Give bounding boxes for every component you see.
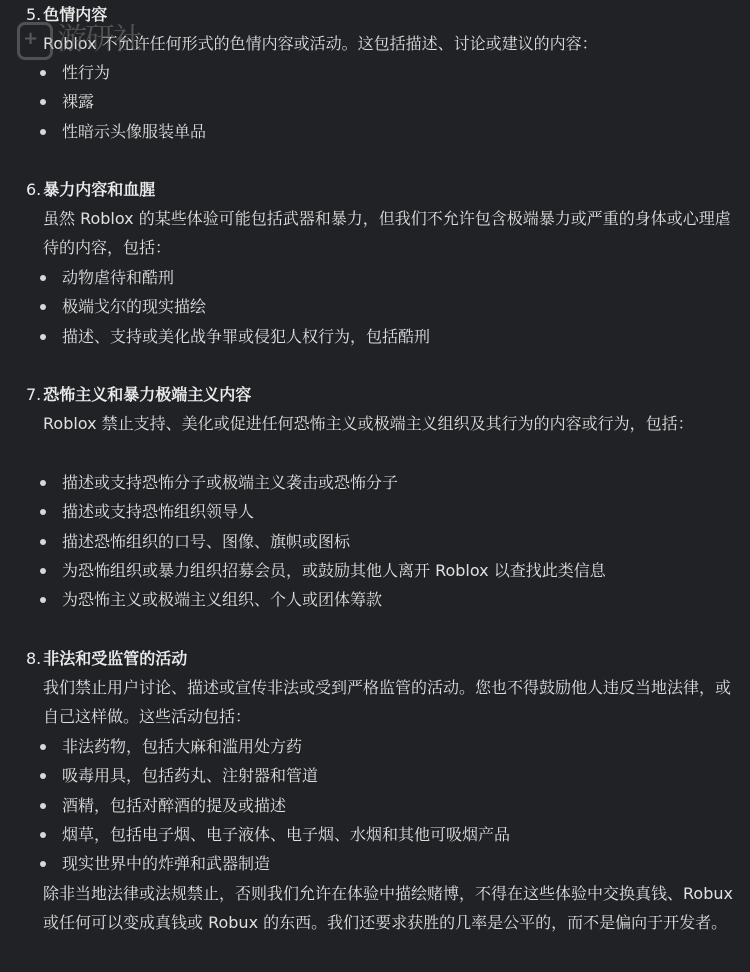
bullet-icon <box>40 861 46 867</box>
section-title: 恐怖主义和暴力极端主义内容 <box>43 385 251 404</box>
list-item: 描述或支持恐怖组织领导人 <box>43 497 606 526</box>
bullet-icon <box>40 129 46 135</box>
bullet-icon <box>40 597 46 603</box>
section-heading: 5.色情内容 <box>26 0 107 29</box>
bullet-icon <box>40 744 46 750</box>
section-title: 非法和受监管的活动 <box>43 649 187 668</box>
bullet-icon <box>40 568 46 574</box>
list-item: 现实世界中的炸弹和武器制造 <box>43 849 510 878</box>
section-number: 8. <box>26 649 41 668</box>
bullet-list: 动物虐待和酷刑 极端戈尔的现实描绘 描述、支持或美化战争罪或侵犯人权行为，包括酷… <box>43 263 430 351</box>
bullet-icon <box>40 70 46 76</box>
list-item: 描述恐怖组织的口号、图像、旗帜或图标 <box>43 527 606 556</box>
bullet-icon <box>40 832 46 838</box>
section-paragraph: Roblox 禁止支持、美化或促进任何恐怖主义或极端主义组织及其行为的内容或行为… <box>43 409 733 438</box>
bullet-icon <box>40 803 46 809</box>
list-item: 酒精，包括对醉酒的提及或描述 <box>43 791 510 820</box>
section-number: 7. <box>26 385 41 404</box>
section-heading: 7.恐怖主义和暴力极端主义内容 <box>26 380 251 409</box>
section-paragraph: Roblox 不允许任何形式的色情内容或活动。这包括描述、讨论或建议的内容： <box>43 29 733 58</box>
list-item: 性暗示头像服装单品 <box>43 117 206 146</box>
list-item: 性行为 <box>43 58 206 87</box>
bullet-list: 描述或支持恐怖分子或极端主义袭击或恐怖分子 描述或支持恐怖组织领导人 描述恐怖组… <box>43 468 606 614</box>
bullet-icon <box>40 304 46 310</box>
bullet-icon <box>40 539 46 545</box>
bullet-icon <box>40 275 46 281</box>
bullet-icon <box>40 509 46 515</box>
bullet-list: 性行为 裸露 性暗示头像服装单品 <box>43 58 206 146</box>
section-title: 色情内容 <box>43 5 107 24</box>
section-heading: 8.非法和受监管的活动 <box>26 644 187 673</box>
bullet-icon <box>40 334 46 340</box>
list-item: 描述、支持或美化战争罪或侵犯人权行为，包括酷刑 <box>43 322 430 351</box>
section-trailing-paragraph: 除非当地法律或法规禁止，否则我们允许在体验中描绘赌博，不得在这些体验中交换真钱、… <box>43 879 733 938</box>
bullet-icon <box>40 773 46 779</box>
section-title: 暴力内容和血腥 <box>43 180 155 199</box>
bullet-list: 非法药物，包括大麻和滥用处方药 吸毒用具，包括药丸、注射器和管道 酒精，包括对醉… <box>43 732 510 878</box>
list-item: 描述或支持恐怖分子或极端主义袭击或恐怖分子 <box>43 468 606 497</box>
list-item: 吸毒用具，包括药丸、注射器和管道 <box>43 761 510 790</box>
list-item: 裸露 <box>43 87 206 116</box>
plus-icon: + <box>23 30 38 48</box>
bullet-icon <box>40 99 46 105</box>
section-paragraph: 虽然 Roblox 的某些体验可能包括武器和暴力，但我们不允许包含极端暴力或严重… <box>43 204 733 263</box>
list-item: 极端戈尔的现实描绘 <box>43 292 430 321</box>
list-item: 烟草，包括电子烟、电子液体、电子烟、水烟和其他可吸烟产品 <box>43 820 510 849</box>
list-item: 动物虐待和酷刑 <box>43 263 430 292</box>
section-number: 6. <box>26 180 41 199</box>
section-heading: 6.暴力内容和血腥 <box>26 175 155 204</box>
bullet-icon <box>40 480 46 486</box>
list-item: 为恐怖主义或极端主义组织、个人或团体筹款 <box>43 585 606 614</box>
list-item: 非法药物，包括大麻和滥用处方药 <box>43 732 510 761</box>
section-paragraph: 我们禁止用户讨论、描述或宣传非法或受到严格监管的活动。您也不得鼓励他人违反当地法… <box>43 673 733 732</box>
list-item: 为恐怖组织或暴力组织招募会员，或鼓励其他人离开 Roblox 以查找此类信息 <box>43 556 606 585</box>
section-number: 5. <box>26 5 41 24</box>
